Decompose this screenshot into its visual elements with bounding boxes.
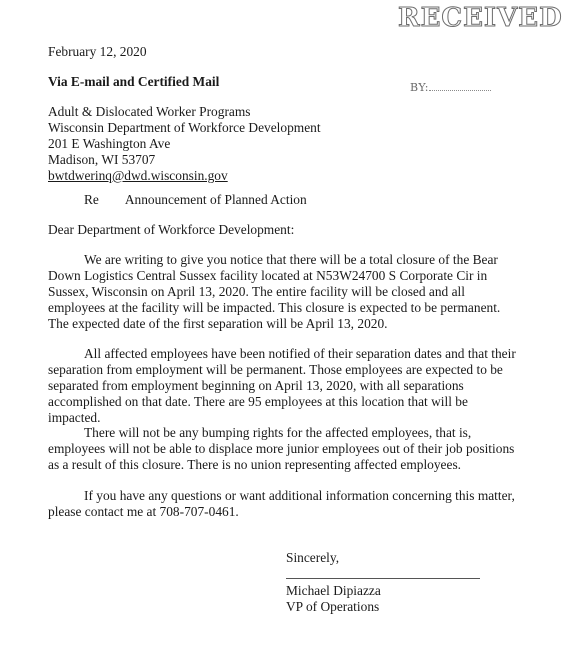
recipient-line-3: 201 E Washington Ave bbox=[48, 136, 321, 152]
stamp-received-text: RECEIVED bbox=[398, 10, 534, 26]
recipient-line-4: Madison, WI 53707 bbox=[48, 152, 321, 168]
signer-title: VP of Operations bbox=[286, 599, 381, 615]
body-paragraph-2-text: All affected employees have been notifie… bbox=[48, 346, 516, 425]
received-stamp-box: RECEIVED bbox=[398, 8, 534, 68]
salutation: Dear Department of Workforce Development… bbox=[48, 222, 294, 238]
re-line: Re Announcement of Planned Action bbox=[84, 192, 307, 208]
body-paragraph-2: All affected employees have been notifie… bbox=[48, 346, 520, 426]
re-subject: Announcement of Planned Action bbox=[125, 192, 307, 207]
recipient-email-link[interactable]: bwtdwerinq@dwd.wisconsin.gov bbox=[48, 168, 321, 184]
recipient-line-2: Wisconsin Department of Workforce Develo… bbox=[48, 120, 321, 136]
delivery-method: Via E-mail and Certified Mail bbox=[48, 74, 219, 90]
body-paragraph-1-text: We are writing to give you notice that t… bbox=[48, 252, 500, 331]
signer-name: Michael Dipiazza bbox=[286, 583, 381, 599]
stamp-date bbox=[438, 44, 508, 54]
body-paragraph-1: We are writing to give you notice that t… bbox=[48, 252, 520, 332]
signature-line bbox=[286, 578, 480, 579]
recipient-line-1: Adult & Dislocated Worker Programs bbox=[48, 104, 321, 120]
body-paragraph-3: There will not be any bumping rights for… bbox=[48, 425, 520, 473]
letter-date: February 12, 2020 bbox=[48, 44, 147, 60]
signature-block: Michael Dipiazza VP of Operations bbox=[286, 583, 381, 615]
body-paragraph-3-text: There will not be any bumping rights for… bbox=[48, 425, 514, 472]
recipient-address: Adult & Dislocated Worker Programs Wisco… bbox=[48, 104, 321, 184]
re-label: Re bbox=[84, 192, 99, 207]
stamp-by-label: BY: bbox=[410, 81, 429, 94]
closing: Sincerely, bbox=[286, 550, 339, 566]
body-paragraph-4-text: If you have any questions or want additi… bbox=[48, 488, 515, 519]
body-paragraph-4: If you have any questions or want additi… bbox=[48, 488, 520, 520]
stamp-by-line: BY: bbox=[410, 80, 491, 96]
stamp-by-dotted-line bbox=[429, 82, 491, 91]
